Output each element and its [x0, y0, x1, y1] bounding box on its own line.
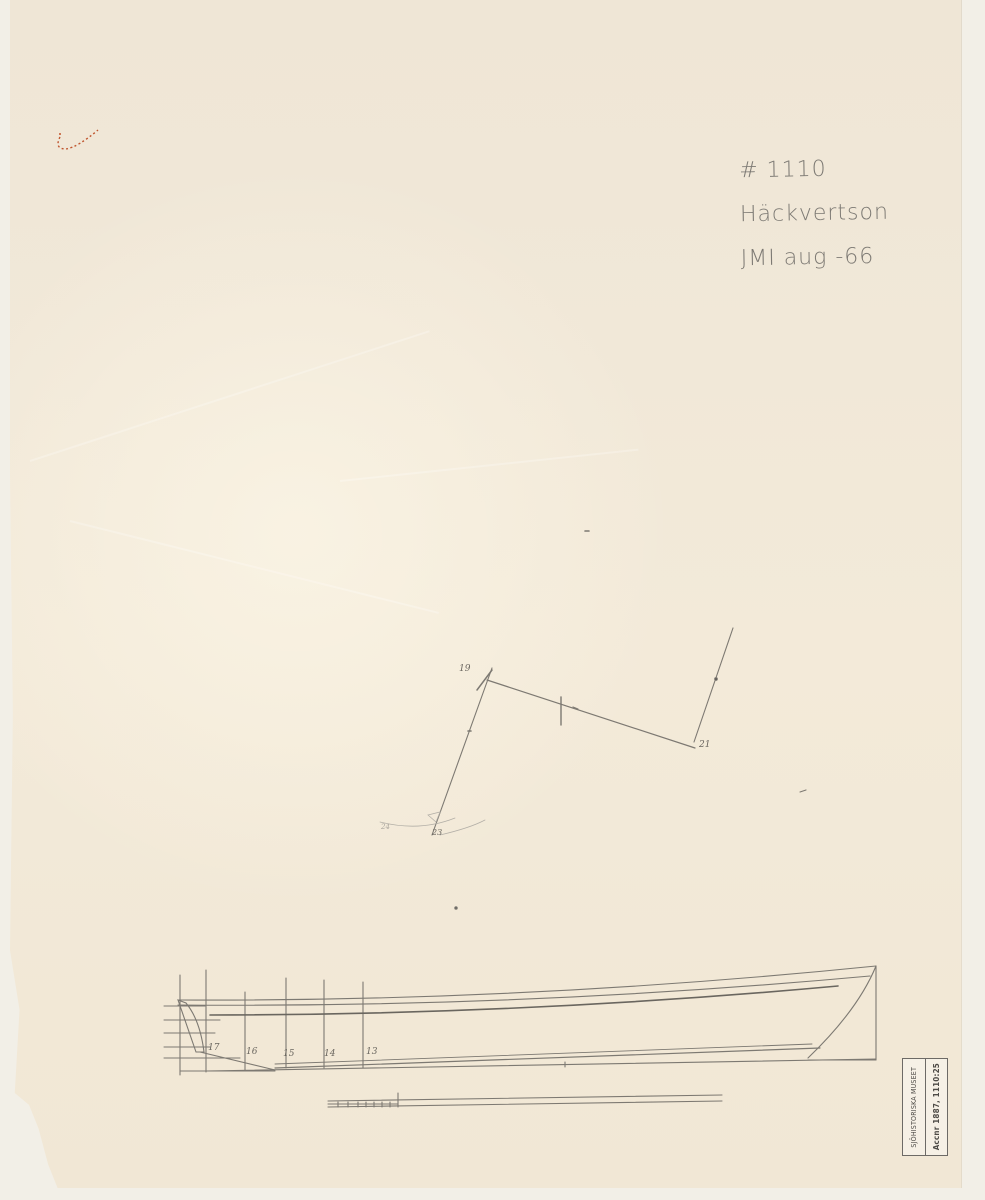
scale-bar — [328, 1093, 722, 1107]
station-label: 14 — [324, 1049, 335, 1059]
stamp-accession: Accnr 1887, 1110:25 — [926, 1059, 948, 1155]
section-point-label: 24 — [381, 823, 390, 831]
section-drawing — [380, 628, 733, 835]
stamp-institution-text: SJÖHISTORISKA MUSEET — [910, 1067, 918, 1148]
section-point-label: 23 — [432, 828, 442, 837]
museum-stamp: SJÖHISTORISKA MUSEET Accnr 1887, 1110:25 — [902, 1058, 948, 1156]
section-point-label: 21 — [699, 740, 710, 750]
station-label: 15 — [283, 1049, 294, 1059]
section-point-label: 19 — [459, 664, 470, 674]
station-label: 17 — [208, 1043, 219, 1053]
hull-profile-drawing — [164, 966, 876, 1075]
station-label: 13 — [366, 1047, 377, 1057]
stamp-accession-text: Accnr 1887, 1110:25 — [932, 1063, 941, 1150]
station-label: 16 — [246, 1047, 257, 1057]
lines-drawing — [0, 0, 985, 1200]
stamp-institution: SJÖHISTORISKA MUSEET — [903, 1059, 926, 1155]
